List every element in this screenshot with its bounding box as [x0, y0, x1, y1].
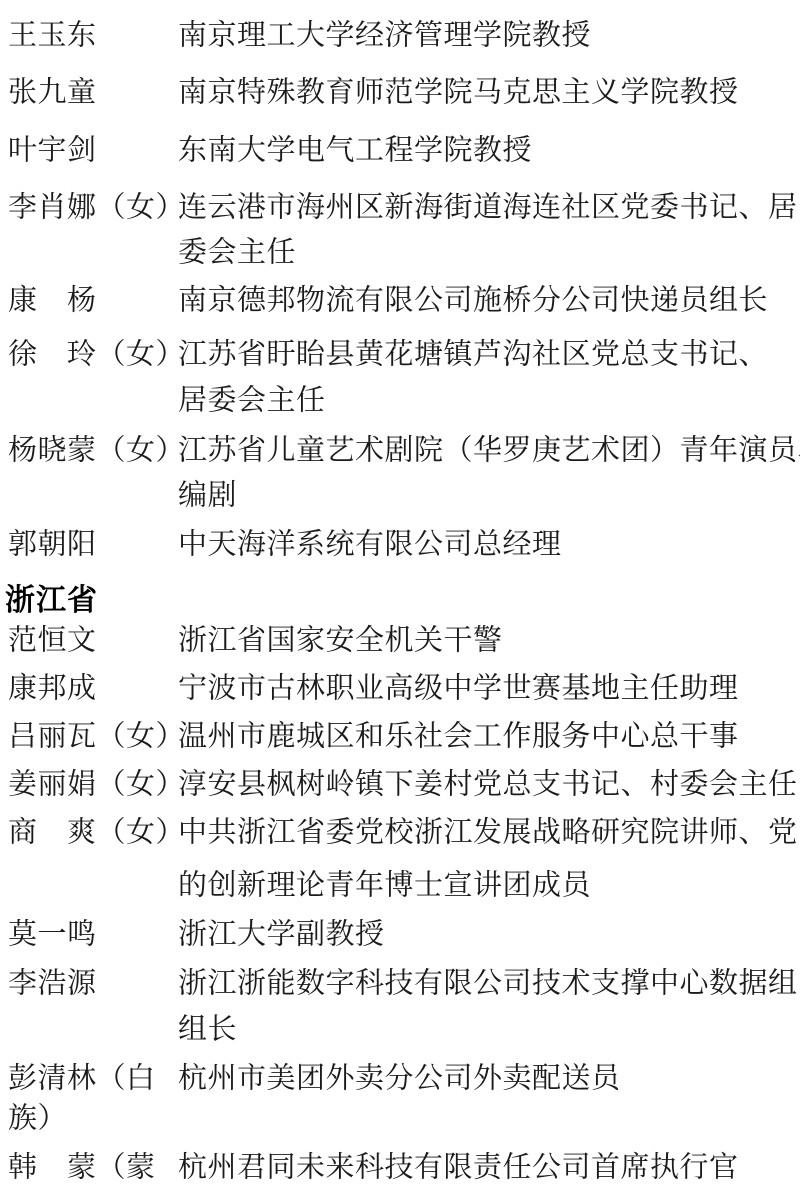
recipient-name: 郭朝阳 [8, 522, 97, 563]
recipient-title: 浙江省国家安全机关干警 [178, 618, 503, 659]
award-entry-line: 韩 蒙（蒙杭州君同未来科技有限责任公司首席执行官 [0, 1141, 800, 1188]
award-entry-line: 康 杨南京德邦物流有限公司施桥分公司快递员组长 [0, 274, 800, 322]
recipient-name: 姜丽娟（女） [8, 762, 185, 803]
recipient-name: 范恒文 [8, 618, 97, 659]
recipient-name: 杨晓蒙（女） [8, 428, 185, 469]
recipient-name: 康 杨 [8, 278, 97, 319]
recipient-name: 彭清林（白 [8, 1056, 156, 1097]
title-continuation-line: 居委会主任 [0, 374, 800, 422]
award-entry-line: 杨晓蒙（女）江苏省儿童艺术剧院（华罗庚艺术团）青年演员、 [0, 424, 800, 472]
award-entry-line: 李浩源浙江浙能数字科技有限公司技术支撑中心数据组 [0, 957, 800, 1005]
award-entry-line: 商 爽（女）中共浙江省委党校浙江发展战略研究院讲师、党 [0, 806, 800, 854]
title-continuation-line: 组长 [0, 1003, 800, 1051]
recipient-name: 莫一鸣 [8, 912, 97, 953]
recipient-title: 中共浙江省委党校浙江发展战略研究院讲师、党 [178, 810, 798, 851]
recipient-title: 南京特殊教育师范学院马克思主义学院教授 [178, 70, 739, 111]
title-continuation-line: 编剧 [0, 469, 800, 517]
recipient-name: 李浩源 [8, 961, 97, 1002]
title-continuation-line: 委会主任 [0, 226, 800, 274]
recipient-title: 南京理工大学经济管理学院教授 [178, 13, 591, 54]
document-page: 王玉东南京理工大学经济管理学院教授张九童南京特殊教育师范学院马克思主义学院教授叶… [0, 0, 800, 1188]
recipient-title: 温州市鹿城区和乐社会工作服务中心总干事 [178, 714, 739, 755]
award-entry-line: 莫一鸣浙江大学副教授 [0, 908, 800, 956]
recipient-title: 东南大学电气工程学院教授 [178, 128, 532, 169]
award-entry-line: 范恒文浙江省国家安全机关干警 [0, 614, 800, 662]
recipient-name: 族） [8, 1096, 67, 1137]
recipient-title: 浙江浙能数字科技有限公司技术支撑中心数据组 [178, 961, 798, 1002]
award-entry-line: 叶宇剑东南大学电气工程学院教授 [0, 124, 800, 172]
award-entry-line: 徐 玲（女）江苏省盱眙县黄花塘镇芦沟社区党总支书记、 [0, 328, 800, 376]
recipient-title: 杭州君同未来科技有限责任公司首席执行官 [178, 1145, 739, 1186]
recipient-title: 中天海洋系统有限公司总经理 [178, 522, 562, 563]
recipient-name: 韩 蒙（蒙 [8, 1145, 156, 1186]
recipient-name: 徐 玲（女） [8, 332, 185, 373]
recipient-title: 淳安县枫树岭镇下姜村党总支书记、村委会主任 [178, 762, 798, 803]
award-entry-line: 张九童南京特殊教育师范学院马克思主义学院教授 [0, 66, 800, 114]
recipient-title: 委会主任 [178, 230, 296, 271]
section-title: 浙江省 [5, 575, 98, 619]
title-continuation-line: 的创新理论青年博士宣讲团成员 [0, 859, 800, 907]
recipient-title: 江苏省儿童艺术剧院（华罗庚艺术团）青年演员、 [178, 428, 800, 469]
recipient-name: 吕丽瓦（女） [8, 714, 185, 755]
award-entry-line: 吕丽瓦（女）温州市鹿城区和乐社会工作服务中心总干事 [0, 710, 800, 758]
recipient-name: 商 爽（女） [8, 810, 185, 851]
award-entry-line: 王玉东南京理工大学经济管理学院教授 [0, 9, 800, 57]
recipient-name: 叶宇剑 [8, 128, 97, 169]
award-entry-line: 李肖娜（女）连云港市海州区新海街道海连社区党委书记、居 [0, 181, 800, 229]
recipient-title: 的创新理论青年博士宣讲团成员 [178, 863, 591, 904]
recipient-title: 编剧 [178, 473, 237, 514]
recipient-title: 南京德邦物流有限公司施桥分公司快递员组长 [178, 278, 768, 319]
recipient-title: 浙江大学副教授 [178, 912, 385, 953]
name-continuation-line: 族） [0, 1092, 800, 1140]
recipient-title: 居委会主任 [178, 378, 326, 419]
recipient-name: 王玉东 [8, 13, 97, 54]
recipient-title: 江苏省盱眙县黄花塘镇芦沟社区党总支书记、 [178, 332, 768, 373]
recipient-name: 李肖娜（女） [8, 185, 185, 226]
award-entry-line: 郭朝阳中天海洋系统有限公司总经理 [0, 518, 800, 566]
recipient-title: 杭州市美团外卖分公司外卖配送员 [178, 1056, 621, 1097]
recipient-title: 组长 [178, 1007, 237, 1048]
award-entry-line: 姜丽娟（女）淳安县枫树岭镇下姜村党总支书记、村委会主任 [0, 758, 800, 806]
recipient-name: 康邦成 [8, 666, 97, 707]
recipient-name: 张九童 [8, 70, 97, 111]
recipient-title: 连云港市海州区新海街道海连社区党委书记、居 [178, 185, 798, 226]
award-entry-line: 康邦成宁波市古林职业高级中学世赛基地主任助理 [0, 662, 800, 710]
recipient-title: 宁波市古林职业高级中学世赛基地主任助理 [178, 666, 739, 707]
